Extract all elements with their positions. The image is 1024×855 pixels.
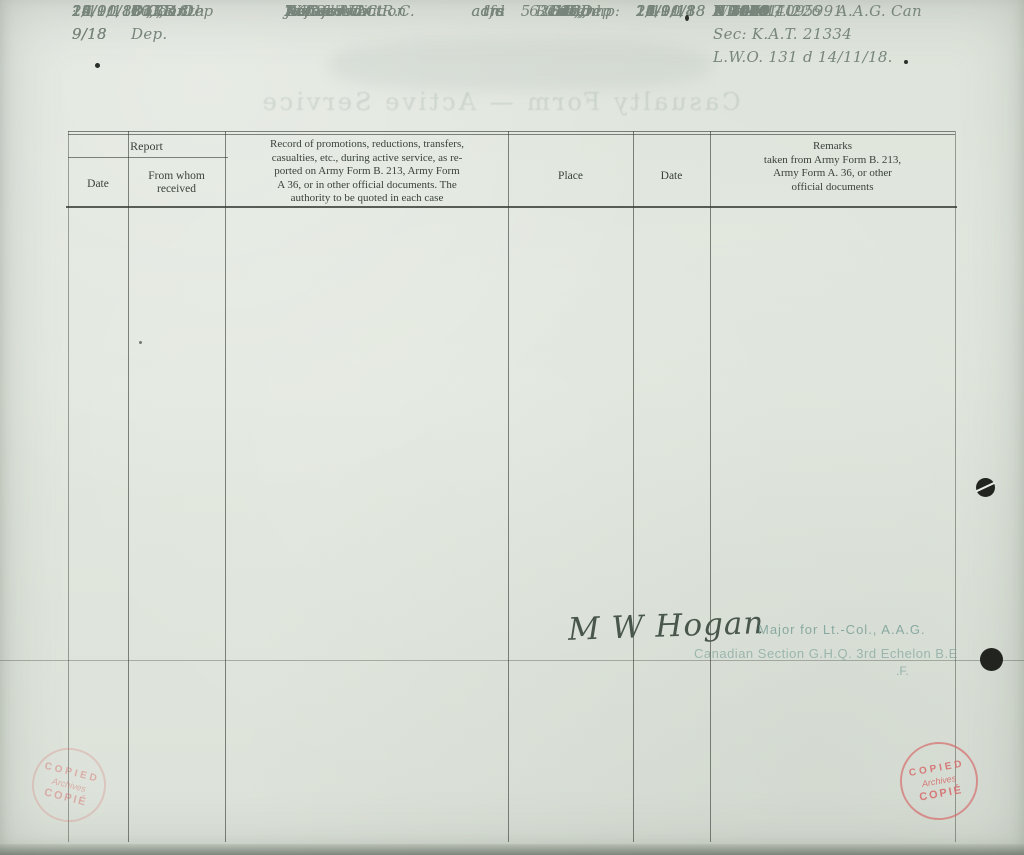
paper-background (0, 0, 1024, 855)
header-report-group: Report (68, 139, 225, 154)
approver-stamp-line3: .F. (896, 664, 936, 678)
speck (904, 60, 908, 64)
column-line-5 (710, 131, 711, 842)
punch-hole-top (976, 478, 995, 497)
column-line-4 (633, 131, 634, 842)
header-record-column: Record of promotions, reductions, transf… (231, 138, 503, 206)
header-from-whom-column: From whom received (128, 170, 225, 196)
column-line-right (955, 131, 956, 842)
ghost-bleed-through-title: Casualty Form — Active Service (240, 88, 760, 116)
approver-stamp-line2: Canadian Section G.H.Q. 3rd Echelon B.E (694, 646, 1004, 661)
header-date-column: Date (68, 178, 128, 190)
cell-date: 11/11/18 (633, 0, 710, 69)
report-underline (68, 157, 228, 158)
speck (685, 15, 689, 21)
cell-from-whom: · (128, 0, 225, 69)
column-line-1 (128, 131, 129, 842)
speck (139, 341, 142, 344)
speck (95, 63, 100, 68)
table-row: 12/11/18 · Killed in Action do 11/11/18 … (69, 0, 955, 69)
approver-stamp-line1: Major for Lt.-Col., A.A.G. (758, 622, 968, 637)
record-text: Killed in Action (285, 0, 407, 69)
cell-place: do (508, 0, 633, 69)
header-remarks-column: Remarks taken from Army Form B. 213, Arm… (712, 140, 953, 194)
cell-report-date: 12/11/18 (69, 0, 128, 69)
header-bottom-rule (66, 206, 957, 208)
column-line-left (68, 131, 69, 842)
cell-record: Killed in Action (225, 0, 508, 69)
table-top-rule-2 (68, 134, 955, 135)
punch-hole-slash (976, 482, 996, 493)
header-place-column: Place (508, 170, 633, 182)
page-bottom-edge (0, 844, 1024, 855)
signature: M W Hogan (567, 604, 788, 648)
column-line-3 (508, 131, 509, 842)
column-line-2 (225, 131, 226, 842)
punch-hole-bottom (980, 648, 1003, 671)
table-top-rule-1 (68, 131, 955, 132)
header-date2-column: Date (633, 170, 710, 182)
cell-remarks: Wire H.T. 226 . A.A.G. Can Sec: K.A.T. 2… (710, 0, 955, 69)
